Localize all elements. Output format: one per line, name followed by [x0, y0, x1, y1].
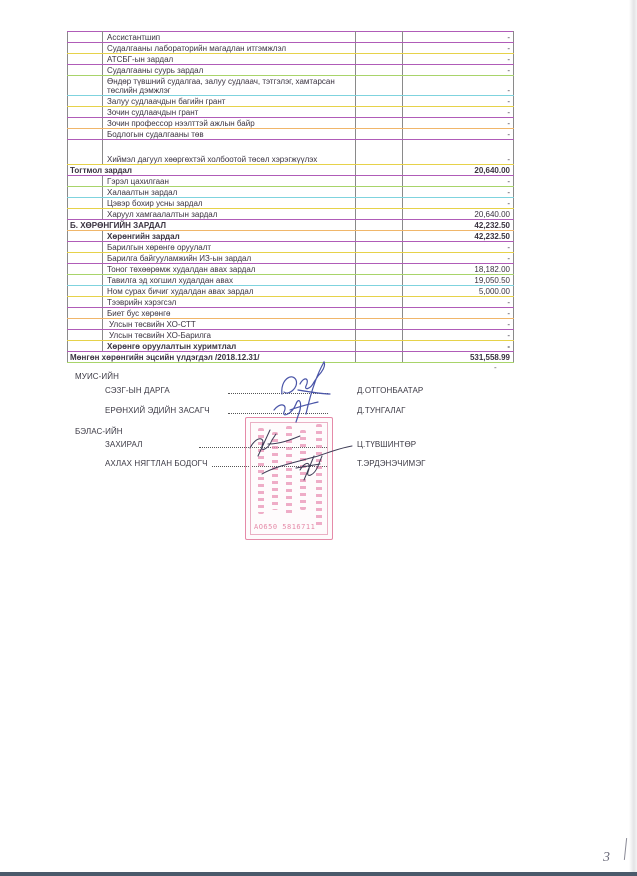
- table-row: Мөнгөн хөрөнгийн эцсийн үлдэгдэл /2018.1…: [68, 352, 514, 363]
- row-empty-cell: [356, 253, 403, 264]
- row-indent-cell: [68, 297, 103, 308]
- row-empty-cell: [356, 165, 403, 176]
- signer-name-1: Д.ОТГОНБААТАР: [357, 386, 423, 395]
- row-indent-cell: [68, 129, 103, 140]
- row-value: -: [403, 242, 514, 253]
- row-label: АТСБГ-ын зардал: [103, 54, 356, 65]
- signer-title-4: АХЛАХ НЯГТЛАН БОДОГЧ: [105, 459, 208, 468]
- row-value: -: [403, 330, 514, 341]
- row-label: Тавилга эд хогшил худалдан авах: [103, 275, 356, 286]
- row-indent-cell: [68, 209, 103, 220]
- row-value: 42,232.50: [403, 220, 514, 231]
- row-empty-cell: [356, 275, 403, 286]
- table-row: Цэвэр бохир усны зардал-: [68, 198, 514, 209]
- row-value: -: [403, 118, 514, 129]
- table-row: Залуу судлаачдын багийн грант-: [68, 96, 514, 107]
- signature-line-2: [228, 413, 328, 414]
- row-label: Ном сурах бичиг худалдан авах зардал: [103, 286, 356, 297]
- after-table-value: -: [494, 363, 497, 372]
- row-indent-cell: [68, 275, 103, 286]
- table-row: Ассистантшип-: [68, 32, 514, 43]
- row-label: Судалгааны суурь зардал: [103, 65, 356, 76]
- table-row: Ном сурах бичиг худалдан авах зардал5,00…: [68, 286, 514, 297]
- signer-name-4: Т.ЭРДЭНЭЧИМЭГ: [357, 459, 426, 468]
- row-value: -: [403, 43, 514, 54]
- row-value: -: [403, 187, 514, 198]
- row-empty-cell: [356, 297, 403, 308]
- row-empty-cell: [356, 107, 403, 118]
- table-row: Тээврийн хэрэгсэл-: [68, 297, 514, 308]
- row-indent-cell: [68, 341, 103, 352]
- table-row: Барилга байгууламжийн ИЗ-ын зардал-: [68, 253, 514, 264]
- row-value: -: [403, 129, 514, 140]
- row-empty-cell: [356, 264, 403, 275]
- row-indent-cell: [68, 65, 103, 76]
- row-label: Зочин судлаачдын грант: [103, 107, 356, 118]
- row-label: Улсын төсвийн ХО-СТТ: [103, 319, 356, 330]
- row-empty-cell: [356, 118, 403, 129]
- table-row: Тавилга эд хогшил худалдан авах19,050.50: [68, 275, 514, 286]
- row-indent-cell: [68, 140, 103, 165]
- signer-name-2: Д.ТУНГАЛАГ: [357, 406, 406, 415]
- row-indent-cell: [68, 187, 103, 198]
- row-label: Б. ХӨРӨНГИЙН ЗАРДАЛ: [68, 220, 356, 231]
- row-label: Судалгааны лабораторийн магадлан итгэмжл…: [103, 43, 356, 54]
- row-empty-cell: [356, 76, 403, 96]
- row-label: Халаалтын зардал: [103, 187, 356, 198]
- row-value: 20,640.00: [403, 165, 514, 176]
- row-label: Ассистантшип: [103, 32, 356, 43]
- row-value: 531,558.99: [403, 352, 514, 363]
- row-empty-cell: [356, 176, 403, 187]
- row-empty-cell: [356, 231, 403, 242]
- row-empty-cell: [356, 96, 403, 107]
- row-value: 18,182.00: [403, 264, 514, 275]
- row-value: 20,640.00: [403, 209, 514, 220]
- row-indent-cell: [68, 76, 103, 96]
- row-value: -: [403, 76, 514, 96]
- row-empty-cell: [356, 308, 403, 319]
- table-row: Б. ХӨРӨНГИЙН ЗАРДАЛ42,232.50: [68, 220, 514, 231]
- row-label: Тоног төхөөрөмж худалдан авах зардал: [103, 264, 356, 275]
- row-indent-cell: [68, 253, 103, 264]
- row-label: Барилгын хөрөнгө оруулалт: [103, 242, 356, 253]
- row-label: Мөнгөн хөрөнгийн эцсийн үлдэгдэл /2018.1…: [68, 352, 356, 363]
- table-row: Барилгын хөрөнгө оруулалт-: [68, 242, 514, 253]
- table-row: Хөрөнгийн зардал42,232.50: [68, 231, 514, 242]
- row-empty-cell: [356, 198, 403, 209]
- scan-edge-shadow: [629, 0, 637, 876]
- table-row: Улсын төсвийн ХО-СТТ-: [68, 319, 514, 330]
- row-label: Хөрөнгө оруулалтын хуримтлал: [103, 341, 356, 352]
- table-row: Халаалтын зардал-: [68, 187, 514, 198]
- signer-title-3: ЗАХИРАЛ: [105, 440, 143, 449]
- row-value: 5,000.00: [403, 286, 514, 297]
- table-row: Хөрөнгө оруулалтын хуримтлал-: [68, 341, 514, 352]
- row-indent-cell: [68, 198, 103, 209]
- table-row: Судалгааны лабораторийн магадлан итгэмжл…: [68, 43, 514, 54]
- org1-heading: МУИС-ИЙН: [75, 372, 119, 381]
- row-empty-cell: [356, 330, 403, 341]
- row-indent-cell: [68, 264, 103, 275]
- row-indent-cell: [68, 32, 103, 43]
- table-row: Гэрэл цахилгаан-: [68, 176, 514, 187]
- table-row: Биет бус хөрөнгө-: [68, 308, 514, 319]
- row-label: Тээврийн хэрэгсэл: [103, 297, 356, 308]
- row-empty-cell: [356, 242, 403, 253]
- row-empty-cell: [356, 54, 403, 65]
- table-row: Улсын төсвийн ХО-Барилга-: [68, 330, 514, 341]
- row-empty-cell: [356, 209, 403, 220]
- page-number: 3: [603, 850, 610, 866]
- row-label: Цэвэр бохир усны зардал: [103, 198, 356, 209]
- row-indent-cell: [68, 231, 103, 242]
- table-row: Өндөр түвшний судалгаа, залуу судлаач, т…: [68, 76, 514, 96]
- row-empty-cell: [356, 319, 403, 330]
- row-value: -: [403, 96, 514, 107]
- table-row: Зочин судлаачдын грант-: [68, 107, 514, 118]
- row-value: -: [403, 319, 514, 330]
- row-empty-cell: [356, 43, 403, 54]
- row-label: Зочин профессор нээлттэй ажлын байр: [103, 118, 356, 129]
- row-value: -: [403, 198, 514, 209]
- row-value: -: [403, 341, 514, 352]
- table-row: Бодлогын судалгааны төв-: [68, 129, 514, 140]
- row-empty-cell: [356, 187, 403, 198]
- stamp-code: АО650 5816711: [254, 523, 315, 531]
- signer-title-2: ЕРӨНХИЙ ЭДИЙН ЗАСАГЧ: [105, 406, 210, 415]
- row-value: -: [403, 297, 514, 308]
- official-stamp: АО650 5816711: [245, 417, 333, 540]
- table-row: Харуул хамгаалалтын зардал20,640.00: [68, 209, 514, 220]
- row-indent-cell: [68, 54, 103, 65]
- table-row: Хиймэл дагуул хөөргөхтэй холбоотой төсөл…: [68, 140, 514, 165]
- row-value: -: [403, 308, 514, 319]
- row-empty-cell: [356, 140, 403, 165]
- row-indent-cell: [68, 107, 103, 118]
- row-indent-cell: [68, 242, 103, 253]
- row-indent-cell: [68, 286, 103, 297]
- signer-name-3: Ц.ТҮВШИНТӨР: [357, 440, 416, 449]
- row-empty-cell: [356, 341, 403, 352]
- page-mark: [624, 838, 627, 860]
- row-value: -: [403, 54, 514, 65]
- org2-heading: БЭЛАС-ИЙН: [75, 427, 123, 436]
- row-label: Барилга байгууламжийн ИЗ-ын зардал: [103, 253, 356, 264]
- budget-table: Ассистантшип-Судалгааны лабораторийн маг…: [67, 31, 514, 363]
- row-value: -: [403, 176, 514, 187]
- row-value: -: [403, 65, 514, 76]
- table-row: Зочин профессор нээлттэй ажлын байр-: [68, 118, 514, 129]
- table-row: Судалгааны суурь зардал-: [68, 65, 514, 76]
- row-label: Залуу судлаачдын багийн грант: [103, 96, 356, 107]
- signer-title-1: СЭЗГ-ЫН ДАРГА: [105, 386, 170, 395]
- row-indent-cell: [68, 176, 103, 187]
- row-empty-cell: [356, 32, 403, 43]
- signature-line-1: [228, 393, 328, 394]
- table-row: АТСБГ-ын зардал-: [68, 54, 514, 65]
- table-row: Тоног төхөөрөмж худалдан авах зардал18,1…: [68, 264, 514, 275]
- row-label: Тогтмол зардал: [68, 165, 356, 176]
- row-label: Харуул хамгаалалтын зардал: [103, 209, 356, 220]
- row-empty-cell: [356, 65, 403, 76]
- row-label: Гэрэл цахилгаан: [103, 176, 356, 187]
- row-empty-cell: [356, 220, 403, 231]
- row-indent-cell: [68, 330, 103, 341]
- row-indent-cell: [68, 118, 103, 129]
- row-label: Улсын төсвийн ХО-Барилга: [103, 330, 356, 341]
- row-empty-cell: [356, 286, 403, 297]
- row-label: Бодлогын судалгааны төв: [103, 129, 356, 140]
- row-value: 19,050.50: [403, 275, 514, 286]
- row-value: -: [403, 32, 514, 43]
- row-label: Хиймэл дагуул хөөргөхтэй холбоотой төсөл…: [103, 140, 356, 165]
- row-label: Хөрөнгийн зардал: [103, 231, 356, 242]
- row-indent-cell: [68, 96, 103, 107]
- table-row: Тогтмол зардал20,640.00: [68, 165, 514, 176]
- row-value: -: [403, 107, 514, 118]
- row-indent-cell: [68, 308, 103, 319]
- scan-bottom-edge: [0, 872, 637, 876]
- row-value: -: [403, 140, 514, 165]
- row-label: Өндөр түвшний судалгаа, залуу судлаач, т…: [103, 76, 356, 96]
- row-indent-cell: [68, 43, 103, 54]
- row-empty-cell: [356, 352, 403, 363]
- row-value: 42,232.50: [403, 231, 514, 242]
- row-empty-cell: [356, 129, 403, 140]
- row-value: -: [403, 253, 514, 264]
- row-indent-cell: [68, 319, 103, 330]
- row-label: Биет бус хөрөнгө: [103, 308, 356, 319]
